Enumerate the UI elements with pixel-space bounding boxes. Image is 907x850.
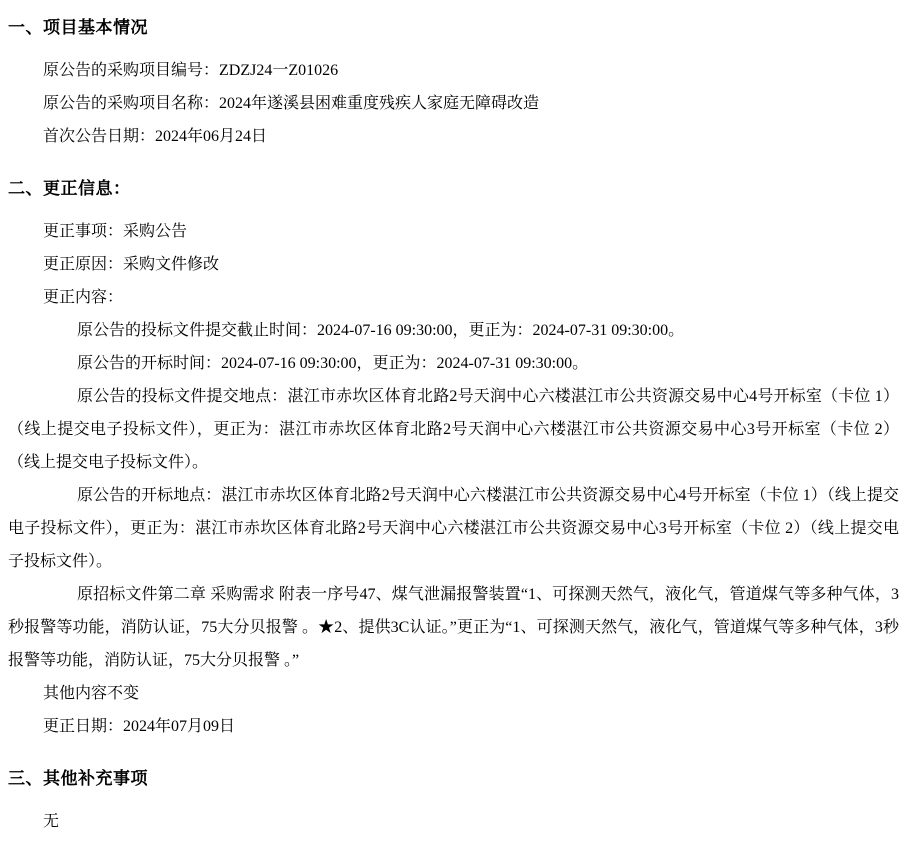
first-announcement-date: 首次公告日期：2024年06月24日: [8, 120, 899, 153]
correction-bid-submission-location: 原公告的投标文件提交地点：湛江市赤坎区体育北路2号天润中心六楼湛江市公共资源交易…: [8, 380, 899, 479]
section-heading-correction-info: 二、更正信息：: [8, 177, 899, 201]
other-content-unchanged: 其他内容不变: [8, 677, 899, 710]
section-correction-info: 二、更正信息： 更正事项：采购公告 更正原因：采购文件修改 更正内容： 原公告的…: [8, 177, 899, 743]
original-project-name: 原公告的采购项目名称：2024年遂溪县困难重度残疾人家庭无障碍改造: [8, 87, 899, 120]
original-project-number: 原公告的采购项目编号：ZDZJ24一Z01026: [8, 54, 899, 87]
correction-item: 更正事项：采购公告: [8, 215, 899, 248]
section-project-basic-info: 一、项目基本情况 原公告的采购项目编号：ZDZJ24一Z01026 原公告的采购…: [8, 16, 899, 153]
correction-notice-document: 一、项目基本情况 原公告的采购项目编号：ZDZJ24一Z01026 原公告的采购…: [0, 0, 907, 850]
correction-bid-deadline: 原公告的投标文件提交截止时间：2024-07-16 09:30:00，更正为：2…: [8, 314, 899, 347]
correction-bid-opening-location: 原公告的开标地点：湛江市赤坎区体育北路2号天润中心六楼湛江市公共资源交易中心4号…: [8, 479, 899, 578]
supplementary-none: 无: [8, 805, 899, 838]
section-heading-other-supplementary: 三、其他补充事项: [8, 767, 899, 791]
correction-reason: 更正原因：采购文件修改: [8, 248, 899, 281]
correction-tender-document-requirement: 原招标文件第二章 采购需求 附表一序号47、煤气泄漏报警装置“1、可探测天然气，…: [8, 578, 899, 677]
section-other-supplementary: 三、其他补充事项 无: [8, 767, 899, 838]
correction-bid-opening-time: 原公告的开标时间：2024-07-16 09:30:00，更正为：2024-07…: [8, 347, 899, 380]
correction-content-label: 更正内容：: [8, 281, 899, 314]
correction-date: 更正日期：2024年07月09日: [8, 710, 899, 743]
section-heading-basic-info: 一、项目基本情况: [8, 16, 899, 40]
